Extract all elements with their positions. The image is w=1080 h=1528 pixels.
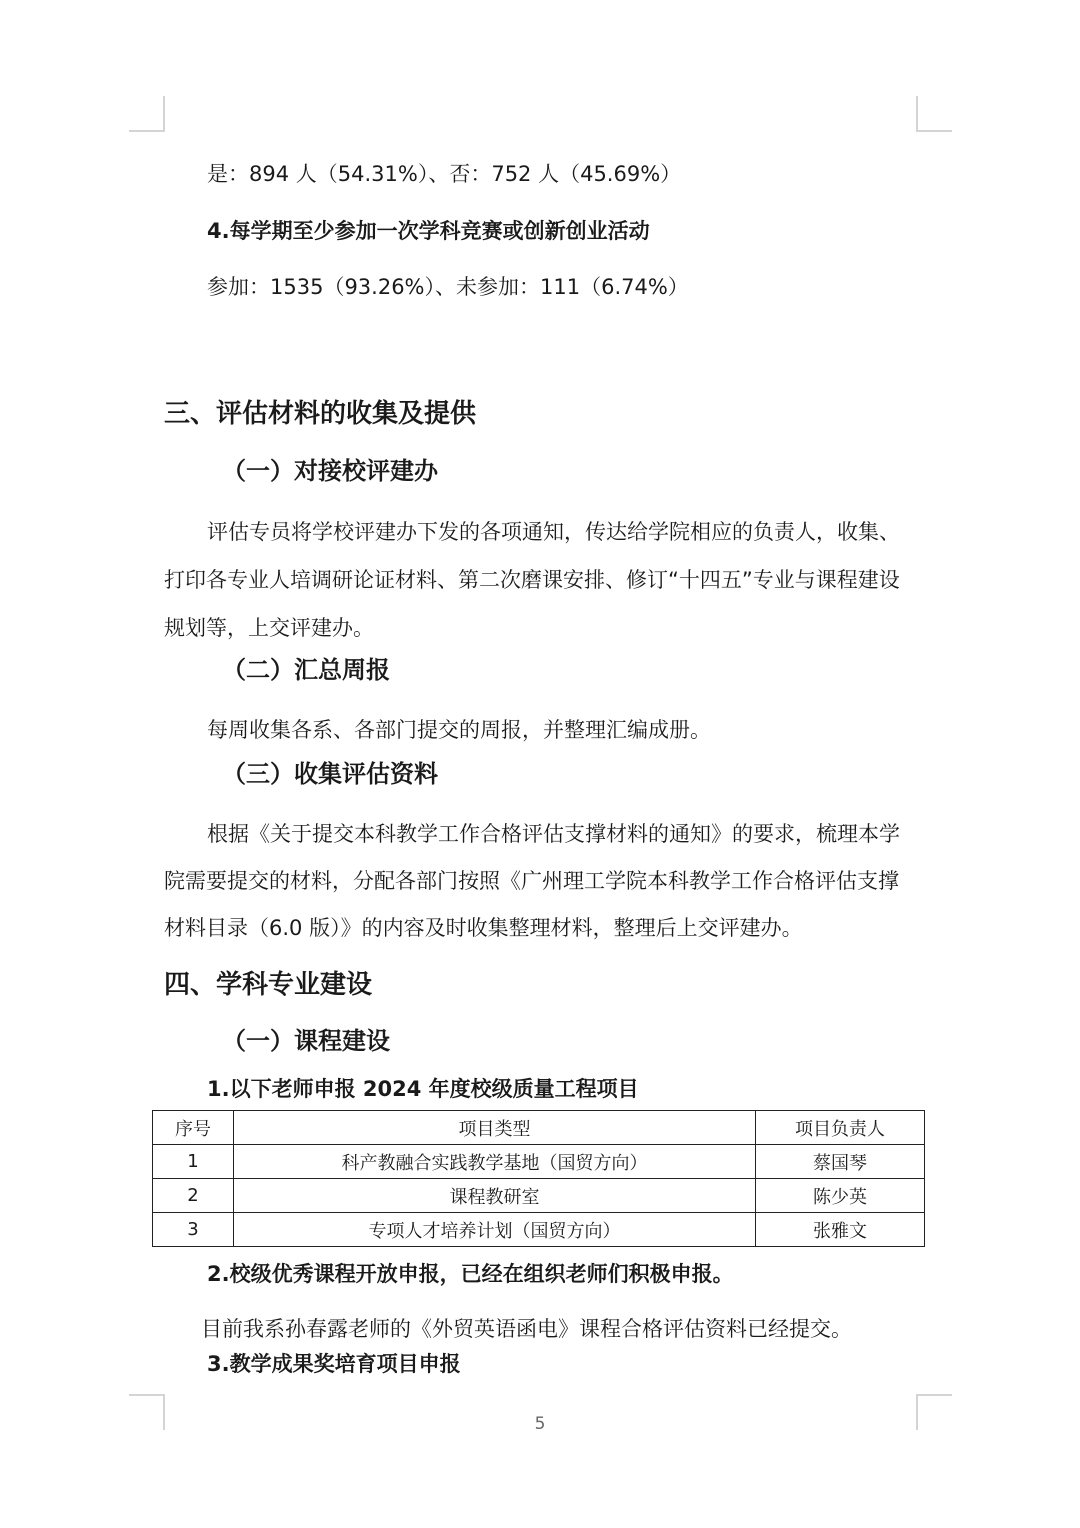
header-cell: 项目类型 — [234, 1111, 756, 1145]
paragraph-line: 规划等，上交评建办。 — [164, 612, 374, 642]
paragraph-line: 根据《关于提交本科教学工作合格评估支撑材料的通知》的要求，梳理本学 — [207, 818, 900, 848]
table-header-row: 序号 项目类型 项目负责人 — [153, 1111, 925, 1145]
item1-title: 1.以下老师申报 2024 年度校级质量工程项目 — [207, 1073, 639, 1103]
section3-sub2-title: （二）汇总周报 — [222, 650, 390, 685]
table-cell: 1 — [153, 1145, 234, 1179]
paragraph-line: 每周收集各系、各部门提交的周报，并整理汇编成册。 — [207, 714, 711, 744]
table-cell: 3 — [153, 1213, 234, 1247]
table-cell: 科产教融合实践教学基地（国贸方向） — [234, 1145, 756, 1179]
paragraph-line: 材料目录（6.0 版）》的内容及时收集整理材料，整理后上交评建办。 — [164, 912, 803, 942]
header-cell: 项目负责人 — [756, 1111, 925, 1145]
table-row: 3 专项人才培养计划（国贸方向） 张雅文 — [153, 1213, 925, 1247]
table-cell: 专项人才培养计划（国贸方向） — [234, 1213, 756, 1247]
survey-stat-line: 是：894 人（54.31%）、否：752 人（45.69%） — [207, 158, 681, 188]
item4-title: 4.每学期至少参加一次学科竞赛或创新创业活动 — [207, 215, 650, 245]
table-cell: 课程教研室 — [234, 1179, 756, 1213]
paragraph-line: 评估专员将学校评建办下发的各项通知，传达给学院相应的负责人，收集、 — [207, 516, 900, 546]
item2-title: 2.校级优秀课程开放申报，已经在组织老师们积极申报。 — [207, 1258, 734, 1288]
section3-title: 三、评估材料的收集及提供 — [164, 393, 476, 430]
table-row: 2 课程教研室 陈少英 — [153, 1179, 925, 1213]
page-corner-mark-top-right — [916, 96, 952, 132]
paragraph-line: 打印各专业人培调研论证材料、第二次磨课安排、修订“十四五”专业与课程建设 — [164, 564, 900, 594]
table-cell: 陈少英 — [756, 1179, 925, 1213]
item2-paragraph: 目前我系孙春露老师的《外贸英语函电》课程合格评估资料已经提交。 — [201, 1313, 852, 1343]
quality-project-table: 序号 项目类型 项目负责人 1 科产教融合实践教学基地（国贸方向） 蔡国琴 2 … — [152, 1110, 925, 1247]
page-corner-mark-top-left — [129, 96, 165, 132]
table-cell: 张雅文 — [756, 1213, 925, 1247]
item4-stat: 参加：1535（93.26%）、未参加：111（6.74%） — [207, 271, 689, 301]
paragraph-line: 院需要提交的材料，分配各部门按照《广州理工学院本科教学工作合格评估支撑 — [164, 865, 899, 895]
header-cell: 序号 — [153, 1111, 234, 1145]
section3-sub3-title: （三）收集评估资料 — [222, 754, 438, 789]
item3-title: 3.教学成果奖培育项目申报 — [207, 1348, 461, 1378]
section3-sub1-title: （一）对接校评建办 — [222, 451, 438, 486]
table-cell: 蔡国琴 — [756, 1145, 925, 1179]
section4-title: 四、学科专业建设 — [164, 964, 372, 1001]
section4-sub1-title: （一）课程建设 — [222, 1021, 390, 1056]
table-row: 1 科产教融合实践教学基地（国贸方向） 蔡国琴 — [153, 1145, 925, 1179]
table-cell: 2 — [153, 1179, 234, 1213]
page-number: 5 — [0, 1414, 1080, 1434]
